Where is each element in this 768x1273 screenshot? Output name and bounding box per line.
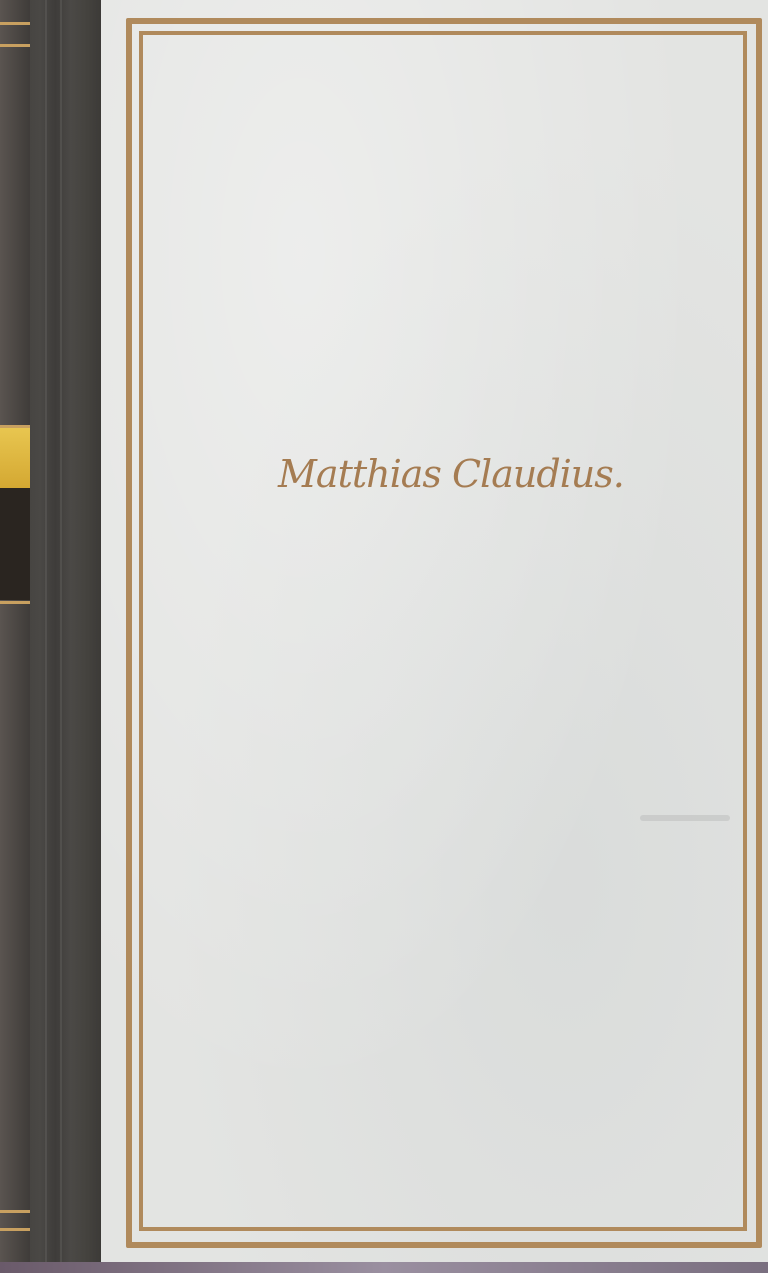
spine-gilt-band	[0, 1210, 30, 1213]
scan-edge	[0, 1262, 768, 1273]
cover-signature: Matthias Claudius.	[278, 430, 618, 520]
spine-gilt-band	[0, 44, 30, 47]
cover-smudge	[640, 815, 730, 821]
spine-groove	[60, 0, 62, 1262]
spine-groove	[45, 0, 47, 1262]
spine-back-edge	[0, 0, 30, 1262]
spine-title-label	[0, 428, 30, 488]
book: Matthias Claudius.	[0, 0, 768, 1273]
spine-gilt-band	[0, 22, 30, 25]
spine-gilt-band	[0, 425, 30, 428]
signature-text: Matthias Claudius.	[278, 452, 624, 496]
spine-gilt-band	[0, 601, 30, 604]
spine-title-label-dark	[0, 488, 30, 600]
spine-gilt-band	[0, 1228, 30, 1231]
gilt-frame-inner	[139, 31, 747, 1231]
book-spine	[0, 0, 101, 1262]
